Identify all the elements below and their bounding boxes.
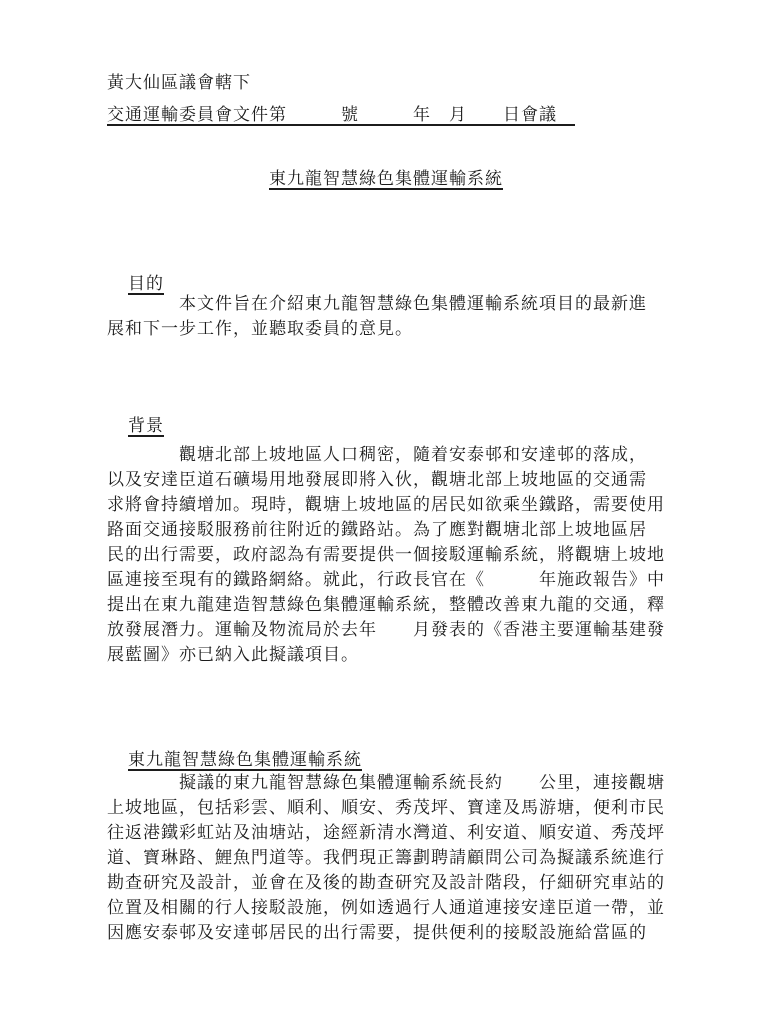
paragraph-line: 因應安泰邨及安達邨居民的出行需要，提供便利的接駁設施給當區的 bbox=[107, 920, 665, 945]
section-heading-purpose: 目的 bbox=[107, 246, 164, 271]
paragraph-line: 本文件旨在介紹東九龍智慧綠色集體運輸系統項目的最新進 bbox=[107, 291, 647, 316]
document-title: 東九龍智慧綠色集體運輸系統 bbox=[269, 169, 503, 188]
title-row: 東九龍智慧綠色集體運輸系統 bbox=[107, 166, 665, 191]
system-paragraph: 擬議的東九龍智慧綠色集體運輸系統長約 公里，連接觀塘 上坡地區，包括彩雲、順利、… bbox=[107, 770, 665, 945]
paragraph-line: 位置及相關的行人接駁設施，例如透過行人通道連接安達臣道一帶，並 bbox=[107, 895, 665, 920]
paragraph-line: 放發展潛力。運輸及物流局於去年 月發表的《香港主要運輸基建發 bbox=[107, 617, 665, 642]
paragraph-line: 求將會持續增加。現時，觀塘上坡地區的居民如欲乘坐鐵路，需要使用 bbox=[107, 492, 665, 517]
paragraph-line: 擬議的東九龍智慧綠色集體運輸系統長約 公里，連接觀塘 bbox=[107, 770, 665, 795]
section-heading-background-text: 背景 bbox=[128, 416, 164, 435]
section-heading-system: 東九龍智慧綠色集體運輸系統 bbox=[107, 722, 362, 747]
paragraph-line: 民的出行需要，政府認為有需要提供一個接駁運輸系統，將觀塘上坡地 bbox=[107, 542, 665, 567]
paragraph-line: 路面交通接駁服務前往附近的鐵路站。為了應對觀塘北部上坡地區居 bbox=[107, 517, 665, 542]
purpose-paragraph: 本文件旨在介紹東九龍智慧綠色集體運輸系統項目的最新進 展和下一步工作，並聽取委員… bbox=[107, 291, 647, 341]
document-page: 黃大仙區議會轄下 交通運輸委員會文件第 號 年 月 日會議 東九龍智慧綠色集體運… bbox=[0, 0, 768, 1024]
paragraph-line: 勘查研究及設計，並會在及後的勘查研究及設計階段，仔細研究車站的 bbox=[107, 870, 665, 895]
paragraph-line: 展和下一步工作，並聽取委員的意見。 bbox=[107, 316, 647, 341]
background-paragraph: 觀塘北部上坡地區人口稠密，隨着安泰邨和安達邨的落成， 以及安達臣道石礦場用地發展… bbox=[107, 442, 665, 667]
paragraph-line: 道、寶琳路、鯉魚門道等。我們現正籌劃聘請顧問公司為擬議系統進行 bbox=[107, 845, 665, 870]
paragraph-line: 展藍圖》亦已納入此擬議項目。 bbox=[107, 642, 665, 667]
paragraph-line: 區連接至現有的鐵路網絡。就此，行政長官在《 年施政報告》中 bbox=[107, 567, 665, 592]
council-name: 黃大仙區議會轄下 bbox=[107, 70, 251, 95]
paragraph-line: 以及安達臣道石礦場用地發展即將入伙，觀塘北部上坡地區的交通需 bbox=[107, 467, 665, 492]
paragraph-line: 觀塘北部上坡地區人口稠密，隨着安泰邨和安達邨的落成， bbox=[107, 442, 665, 467]
section-heading-system-text: 東九龍智慧綠色集體運輸系統 bbox=[128, 750, 362, 769]
meeting-paper-number-line: 交通運輸委員會文件第 號 年 月 日會議 bbox=[107, 102, 575, 127]
paragraph-line: 提出在東九龍建造智慧綠色集體運輸系統，整體改善東九龍的交通，釋 bbox=[107, 592, 665, 617]
section-heading-background: 背景 bbox=[107, 388, 164, 413]
paragraph-line: 上坡地區，包括彩雲、順利、順安、秀茂坪、寶達及馬游塘，便利市民 bbox=[107, 795, 665, 820]
paragraph-line: 往返港鐵彩虹站及油塘站，途經新清水灣道、利安道、順安道、秀茂坪 bbox=[107, 820, 665, 845]
